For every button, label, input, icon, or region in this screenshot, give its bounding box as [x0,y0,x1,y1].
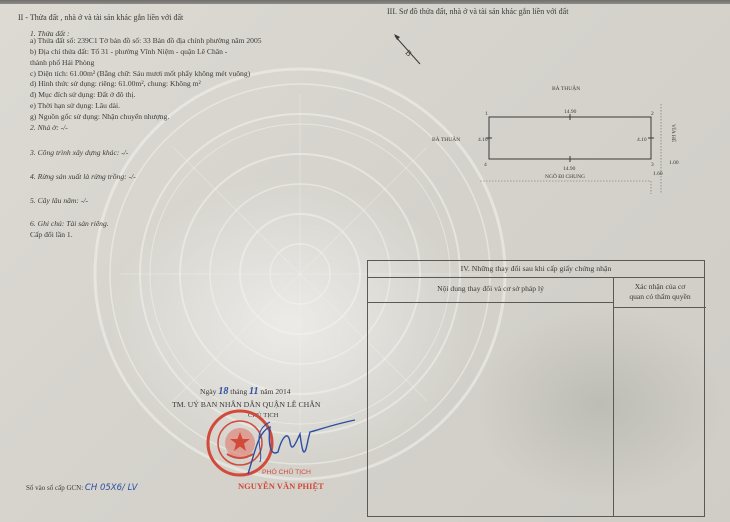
forest-item: 4. Rừng sản xuất là rừng trồng: -/- [30,173,136,181]
land-use-form: d) Hình thức sử dụng: riêng: 61.00m², ch… [30,80,201,88]
svg-text:BÀ THUẬN: BÀ THUẬN [552,84,580,92]
land-use-term: e) Thời hạn sử dụng: Lâu dài. [30,102,120,110]
section-iii-title: III. Sơ đồ thửa đất, nhà ở và tài sản kh… [387,8,568,16]
svg-text:NGÕ ĐI CHUNG: NGÕ ĐI CHUNG [545,172,585,180]
table-divider [613,302,614,517]
svg-text:3: 3 [651,162,654,168]
svg-text:2: 2 [651,111,654,117]
note-item: 6. Ghi chú: Tài sản riêng. [30,220,109,228]
changes-table: IV. Những thay đổi sau khi cấp giấy chứn… [367,260,705,517]
svg-text:4.10: 4.10 [478,137,488,143]
land-area: c) Diện tích: 61.00m² (Bằng chữ: Sáu mươ… [30,70,250,78]
other-works-item: 3. Công trình xây dựng khác: -/- [30,149,128,157]
issue-count: Cấp đổi lần 1. [30,231,73,239]
changes-col-content: Nội dung thay đổi và cơ sở pháp lý [368,278,614,303]
changes-table-title: IV. Những thay đổi sau khi cấp giấy chứn… [368,261,704,278]
svg-text:4.10: 4.10 [637,137,647,143]
issue-month: 11 [249,386,258,397]
svg-text:14.90: 14.90 [563,166,576,172]
land-use-purpose: đ) Mục đích sử dụng: Đất ở đô thị. [30,91,135,99]
svg-text:1.00: 1.00 [669,160,679,166]
land-address-city: thành phố Hải Phòng [30,59,94,67]
changes-col-confirmation: Xác nhận của cơ quan có thẩm quyền [614,278,706,308]
svg-text:1.60: 1.60 [653,171,663,177]
svg-text:VỈA HÈ: VỈA HÈ [670,124,678,143]
issue-date: Ngày 18 tháng 11 năm 2014 [200,387,291,397]
svg-text:4: 4 [484,162,487,168]
signer-title: PHÓ CHỦ TỊCH [262,470,311,477]
certificate-page: II - Thửa đất , nhà ở và tài sản khác gắ… [0,4,730,522]
north-arrow-icon: B [394,34,420,64]
parcel-diagram: B BÀ THUẬN BÀ THUẬN NGÕ ĐI CHUNG 14.90 1… [380,24,720,194]
registry-number: Số vào sổ cấp GCN: CH 05X6/ LV [26,484,138,493]
section-ii-title: II - Thửa đất , nhà ở và tài sản khác gắ… [18,14,183,22]
registry-number-value: CH 05X6/ LV [85,483,138,493]
land-parcel-number: a) Thửa đất số: 239C1 Tờ bản đồ số: 33 B… [30,37,262,45]
land-use-origin: g) Nguồn gốc sử dụng: Nhận chuyển nhượng… [30,113,169,121]
house-item: 2. Nhà ở: -/- [30,124,68,132]
signer-name: NGUYỄN VĂN PHIỆT [238,482,324,491]
issue-day: 18 [218,386,228,397]
perennial-item: 5. Cây lâu năm: -/- [30,197,88,205]
land-address: b) Địa chỉ thửa đất: Tổ 31 - phường Vĩnh… [30,48,227,56]
svg-text:14.90: 14.90 [564,109,577,115]
svg-text:B: B [403,48,413,58]
svg-text:BÀ THUẬN: BÀ THUẬN [432,135,460,143]
svg-text:1: 1 [485,111,488,117]
